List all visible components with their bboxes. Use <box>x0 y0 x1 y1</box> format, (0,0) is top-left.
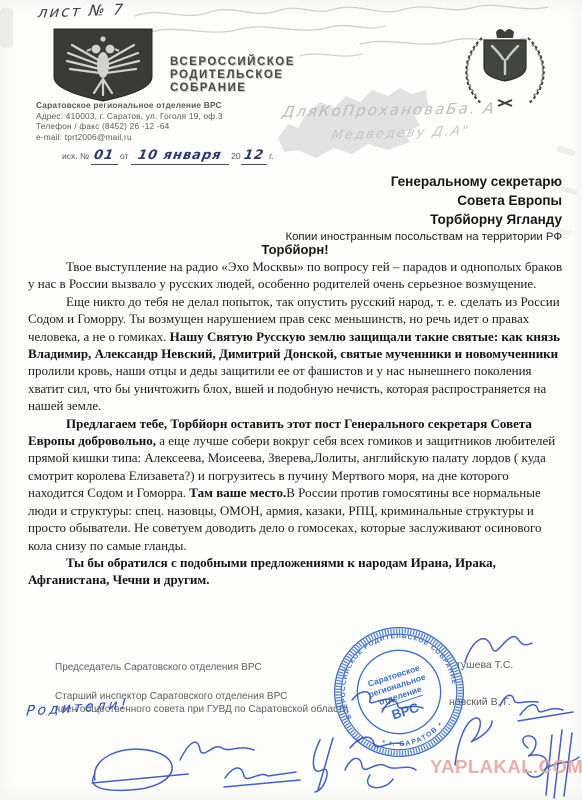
ref-year-prefix: 20 <box>231 151 240 161</box>
letterhead-phone: Телефон / факс (8452) 26 -12 -64 <box>36 121 223 132</box>
paragraph-3: Предлагаем тебе, Торбйорн оставить этот … <box>28 415 564 554</box>
ref-year-underline: 12 <box>241 148 267 165</box>
p3-text-bold: Там ваше место. <box>189 485 286 500</box>
p1-text: Твое выступление на радио «Эхо Москвы» п… <box>28 259 562 291</box>
scan-smudge <box>556 145 577 157</box>
ref-prefix: исх. № <box>62 151 89 161</box>
scanned-letter-page: лист № 7 ВСЕРОССИЙСКОЕ РОДИТЕЛЬСКОЕ СОБР… <box>0 0 582 800</box>
ref-line: исх. № 01 от 10 января 2012 г. <box>62 148 274 165</box>
org-name: ВСЕРОССИЙСКОЕ РОДИТЕЛЬСКОЕ СОБРАНИЕ <box>170 56 295 95</box>
site-watermark: YAPLAKAL.COM <box>430 756 582 778</box>
org-name-line: РОДИТЕЛЬСКОЕ <box>170 69 295 82</box>
stamp-center-vrs: ВРС <box>390 700 421 723</box>
signature-stroke <box>92 749 188 790</box>
ref-number-underline: 01 <box>91 148 117 165</box>
ref-g: г. <box>269 151 273 161</box>
p4-text-bold: Ты бы обратился с подобными предложениям… <box>28 555 496 587</box>
letterhead-dept: Саратовское региональное отделение ВРС <box>36 100 223 111</box>
ref-year-handwritten: 12 <box>242 148 265 163</box>
recipient-line: Совета Европы <box>285 191 562 210</box>
signature-stroke <box>180 742 254 760</box>
handwritten-roditeli: Родители! <box>25 696 130 719</box>
letterhead-contacts: Саратовское региональное отделение ВРС А… <box>36 100 223 142</box>
paragraph-2: Еще никто до тебя не делал попыток, так … <box>28 293 564 415</box>
org-name-line: СОБРАНИЕ <box>170 82 295 95</box>
org-name-line: ВСЕРОССИЙСКОЕ <box>170 56 295 69</box>
paragraph-4: Ты бы обратился с подобными предложениям… <box>28 554 564 589</box>
signature-stroke <box>518 705 573 721</box>
signatory-title-1: Председатель Саратовского отделения ВРС <box>55 661 262 674</box>
letter-body: Твое выступление на радио «Эхо Москвы» п… <box>28 258 564 589</box>
letterhead-address: Адрес: 410003, г. Саратов, ул. Гоголя 19… <box>36 111 223 122</box>
p2-text-normal: пролили кровь, наши отцы и деды защитили… <box>28 363 546 413</box>
handwritten-sheet-number: лист № 7 <box>37 0 126 21</box>
ref-ot: от <box>120 151 128 161</box>
scan-smudge <box>560 186 579 195</box>
scan-smudge <box>0 8 13 48</box>
ref-date-underline: 10 января <box>131 148 229 165</box>
ref-number-handwritten: 01 <box>93 148 116 163</box>
vrs-eagle-emblem <box>50 27 156 103</box>
salutation: Торбйорн! <box>28 242 562 257</box>
pencil-note-addressee-1: ДляКоПрохановаБа. А <box>281 99 497 121</box>
vrs-round-stamp: ВСЕРОССИЙСКОЕ РОДИТЕЛЬСКОЕ СОБРАНИЕ • г.… <box>310 603 489 782</box>
signature-stroke <box>224 768 300 787</box>
letterhead-email: e-mail: tprt2006@mail.ru <box>36 132 223 143</box>
ref-date-handwritten: 10 января <box>137 148 223 163</box>
paragraph-1: Твое выступление на радио «Эхо Москвы» п… <box>28 258 564 293</box>
recipient-line: Генеральному секретарю <box>285 172 562 191</box>
recipient-block: Генеральному секретарю Совета Европы Тор… <box>285 172 562 245</box>
recipient-line: Торбйорну Ягланду <box>285 210 562 229</box>
signature-stroke <box>313 738 333 792</box>
